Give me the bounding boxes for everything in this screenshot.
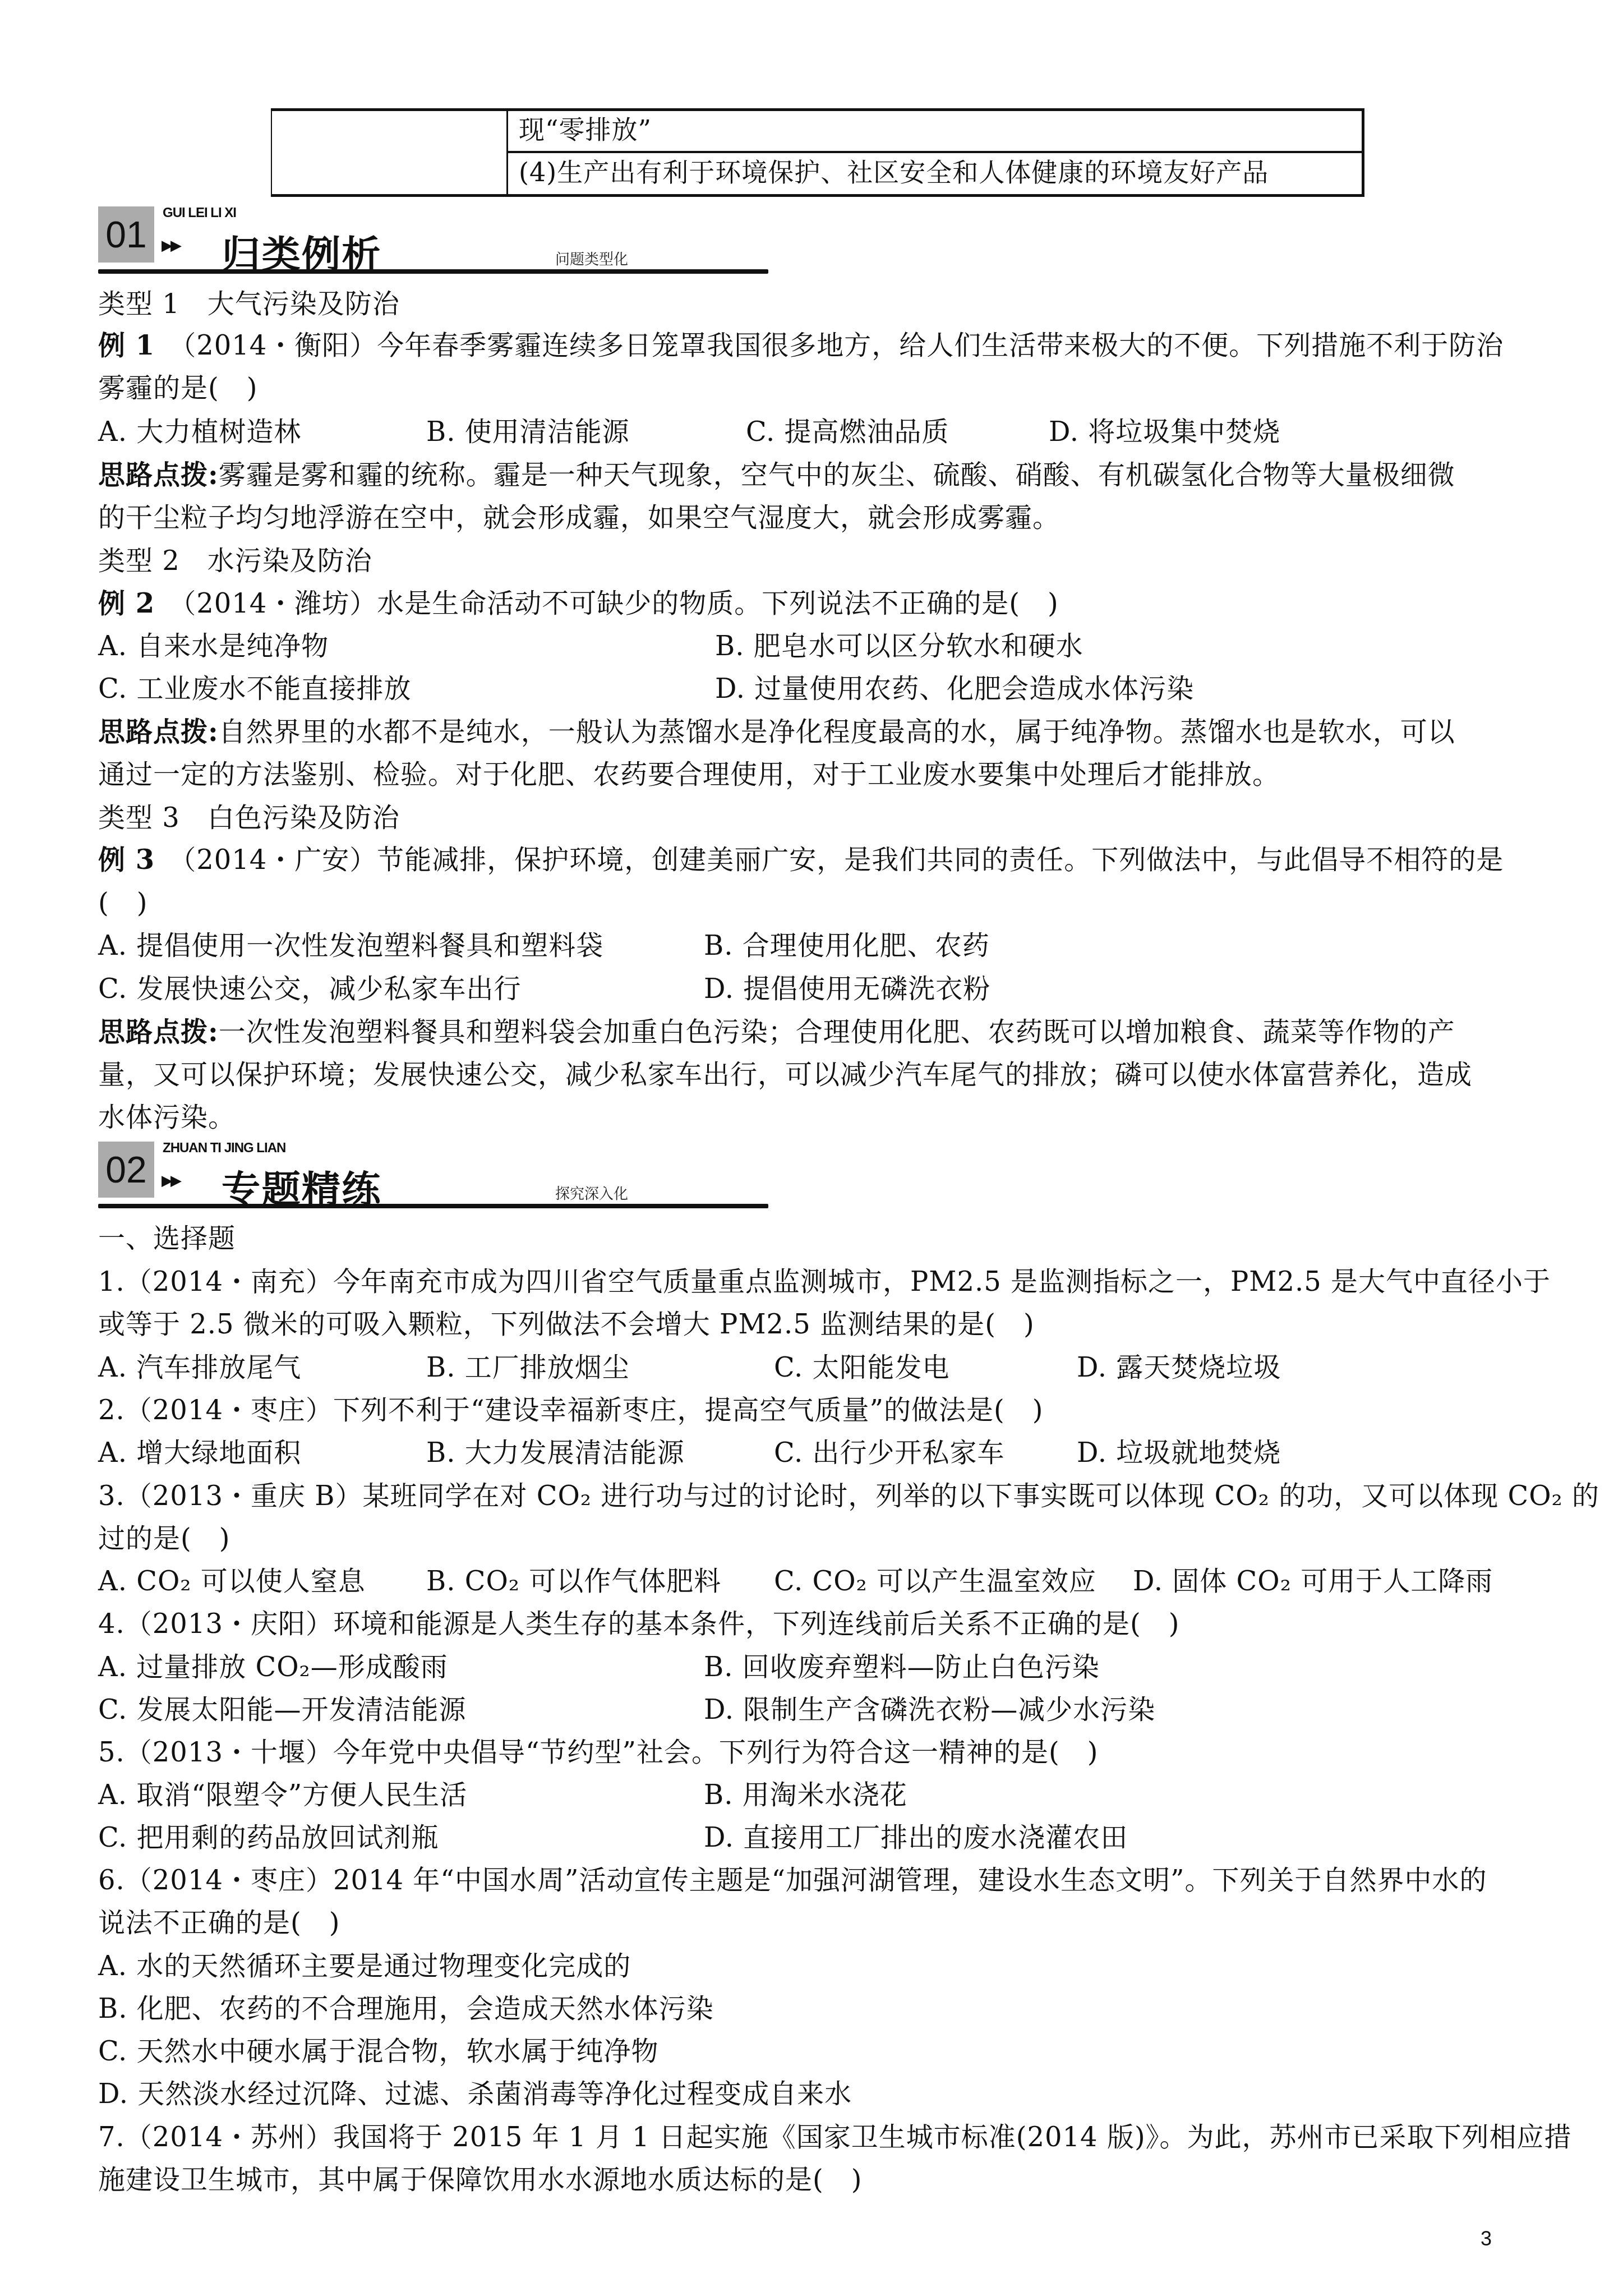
exercise-heading: 一、选择题 — [98, 1222, 236, 1255]
double-arrow-icon: ▶▶ — [162, 1172, 179, 1189]
double-arrow-icon: ▶▶ — [162, 237, 179, 254]
option: D. 限制生产含磷洗衣粉—减少水污染 — [704, 1693, 1155, 1727]
question-stem: 过的是( ) — [98, 1522, 230, 1556]
hint-label: 思路点拨: — [98, 459, 219, 491]
carryover-table: 现“零排放” (4)生产出有利于环境保护、社区安全和人体健康的环境友好产品 — [271, 108, 1364, 197]
option: D. 垃圾就地焚烧 — [1077, 1436, 1281, 1470]
option: A. CO₂ 可以使人窒息 — [98, 1565, 366, 1598]
option: D. 天然淡水经过沉降、过滤、杀菌消毒等净化过程变成自来水 — [98, 2077, 852, 2111]
option: C. 天然水中硬水属于混合物，软水属于纯净物 — [98, 2035, 659, 2068]
example-stem: ( ) — [98, 886, 147, 920]
option: A. 提倡使用一次性发泡塑料餐具和塑料袋 — [98, 929, 603, 963]
option: B. 回收废弃塑料—防止白色污染 — [704, 1650, 1100, 1684]
question-stem: 说法不正确的是( ) — [98, 1906, 340, 1940]
option: C. 发展太阳能—开发清洁能源 — [98, 1693, 467, 1727]
option: C. 提高燃油品质 — [746, 415, 949, 449]
option: B. 工厂排放烟尘 — [426, 1351, 630, 1384]
type-heading: 类型 1 大气污染及防治 — [98, 287, 400, 321]
hint: 量，又可以保护环境；发展快速公交，减少私家车出行，可以减少汽车尾气的排放；磷可以… — [98, 1058, 1472, 1092]
hint: 的干尘粒子均匀地浮游在空中，就会形成霾，如果空气湿度大，就会形成雾霾。 — [98, 501, 1060, 535]
option: A. 汽车排放尾气 — [98, 1351, 301, 1384]
option: C. 把用剩的药品放回试剂瓶 — [98, 1821, 439, 1855]
option: D. 过量使用农药、化肥会造成水体污染 — [715, 672, 1194, 706]
option: C. 工业废水不能直接排放 — [98, 672, 412, 706]
example-label: 例 2 — [98, 588, 155, 619]
hint-label: 思路点拨: — [98, 1016, 219, 1048]
question-stem: 2.（2014・枣庄）下列不利于“建设幸福新枣庄，提高空气质量”的做法是( ) — [98, 1393, 1044, 1427]
section-rule — [98, 269, 768, 274]
hint-label: 思路点拨: — [98, 716, 219, 748]
question-stem: 4.（2013・庆阳）环境和能源是人类生存的基本条件，下列连线前后关系不正确的是… — [98, 1607, 1179, 1641]
option: A. 大力植树造林 — [98, 415, 301, 449]
option: A. 水的天然循环主要是通过物理变化完成的 — [98, 1949, 631, 1983]
table-cell: (4)生产出有利于环境保护、社区安全和人体健康的环境友好产品 — [519, 156, 1269, 188]
option: A. 自来水是纯净物 — [98, 629, 329, 663]
section-subtitle: 探究深入化 — [555, 1182, 628, 1203]
example-stem: 例 2 （2014・潍坊）水是生命活动不可缺少的物质。下列说法不正确的是( ) — [98, 587, 1059, 620]
option: D. 露天焚烧垃圾 — [1077, 1351, 1281, 1384]
example-label: 例 3 — [98, 844, 155, 876]
question-stem: 施建设卫生城市，其中属于保障饮用水水源地水质达标的是( ) — [98, 2163, 862, 2197]
hint: 通过一定的方法鉴别、检验。对于化肥、农药要合理使用，对于工业废水要集中处理后才能… — [98, 758, 1280, 792]
option: C. 发展快速公交，减少私家车出行 — [98, 972, 522, 1006]
example-label: 例 1 — [98, 330, 155, 361]
example-stem: 雾霾的是( ) — [98, 371, 257, 405]
type-heading: 类型 2 水污染及防治 — [98, 544, 372, 578]
question-stem: 6.（2014・枣庄）2014 年“中国水周”活动宣传主题是“加强河湖管理，建设… — [98, 1864, 1487, 1897]
hint: 思路点拨:一次性发泡塑料餐具和塑料袋会加重白色污染；合理使用化肥、农药既可以增加… — [98, 1015, 1455, 1049]
section-number: 01 — [98, 206, 154, 263]
hint: 水体污染。 — [98, 1101, 236, 1134]
example-stem: 例 3 （2014・广安）节能减排，保护环境，创建美丽广安，是我们共同的责任。下… — [98, 843, 1504, 877]
section-pinyin: ZHUAN TI JING LIAN — [163, 1140, 285, 1156]
option: D. 将垃圾集中焚烧 — [1049, 415, 1280, 449]
option: D. 直接用工厂排出的废水浇灌农田 — [704, 1821, 1128, 1855]
section-number: 02 — [98, 1142, 154, 1198]
option: C. 出行少开私家车 — [774, 1436, 1005, 1470]
question-stem: 3.（2013・重庆 B）某班同学在对 CO₂ 进行功与过的讨论时，列举的以下事… — [98, 1479, 1599, 1513]
option: D. 提倡使用无磷洗衣粉 — [704, 972, 990, 1006]
option: B. 用淘米水浇花 — [704, 1778, 907, 1812]
option: C. 太阳能发电 — [774, 1351, 950, 1384]
option: C. CO₂ 可以产生温室效应 — [774, 1565, 1096, 1598]
option: D. 固体 CO₂ 可用于人工降雨 — [1133, 1565, 1493, 1598]
question-stem: 5.（2013・十堰）今年党中央倡导“节约型”社会。下列行为符合这一精神的是( … — [98, 1736, 1099, 1769]
option: B. CO₂ 可以作气体肥料 — [426, 1565, 721, 1598]
option: B. 使用清洁能源 — [426, 415, 630, 449]
option: B. 大力发展清洁能源 — [426, 1436, 685, 1470]
option: B. 合理使用化肥、农药 — [704, 929, 990, 963]
hint: 思路点拨:雾霾是雾和霾的统称。霾是一种天气现象，空气中的灰尘、硫酸、硝酸、有机碳… — [98, 458, 1455, 492]
section-rule — [98, 1204, 768, 1208]
option: A. 增大绿地面积 — [98, 1436, 301, 1470]
hint: 思路点拨:自然界里的水都不是纯水，一般认为蒸馏水是净化程度最高的水，属于纯净物。… — [98, 715, 1455, 749]
question-stem: 7.（2014・苏州）我国将于 2015 年 1 月 1 日起实施《国家卫生城市… — [98, 2120, 1572, 2154]
question-stem: 1.（2014・南充）今年南充市成为四川省空气质量重点监测城市，PM2.5 是监… — [98, 1265, 1551, 1299]
section-pinyin: GUI LEI LI XI — [163, 205, 236, 221]
option: A. 过量排放 CO₂—形成酸雨 — [98, 1650, 448, 1684]
question-stem: 或等于 2.5 微米的可吸入颗粒，下列做法不会增大 PM2.5 监测结果的是( … — [98, 1308, 1035, 1341]
section-subtitle: 问题类型化 — [555, 248, 628, 269]
type-heading: 类型 3 白色污染及防治 — [98, 801, 400, 835]
page-number: 3 — [1481, 2227, 1492, 2251]
example-stem: 例 1 （2014・衡阳）今年春季雾霾连续多日笼罩我国很多地方，给人们生活带来极… — [98, 329, 1504, 362]
option: B. 化肥、农药的不合理施用，会造成天然水体污染 — [98, 1992, 714, 2026]
option: B. 肥皂水可以区分软水和硬水 — [715, 629, 1083, 663]
table-cell: 现“零排放” — [519, 113, 652, 146]
option: A. 取消“限塑令”方便人民生活 — [98, 1778, 467, 1812]
table-row-divider — [506, 151, 1362, 153]
